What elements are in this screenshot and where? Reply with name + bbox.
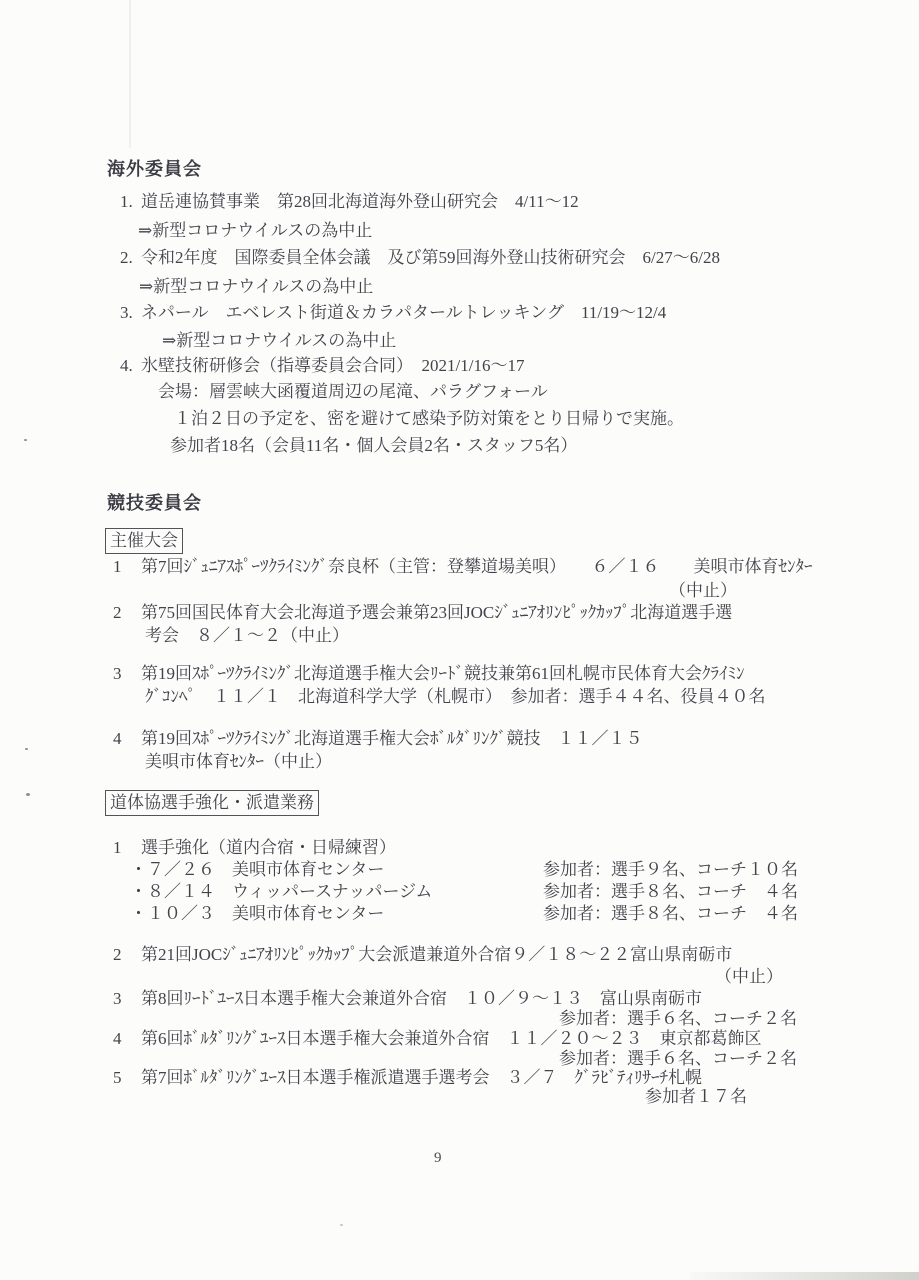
- subheading-training-dispatch: 道体協選手強化・派遣業務: [105, 790, 319, 816]
- list-item: 2第21回JOCｼﾞｭﾆｱｵﾘﾝﾋﾟｯｸｶｯﾌﾟ大会派遣兼道外合宿９／１８～２２…: [113, 944, 732, 965]
- item-number: 4.: [120, 355, 141, 376]
- item-detail: １泊２日の予定を、密を避けて感染予防対策をとり日帰りで実施。: [174, 408, 684, 429]
- item-participants: 参加者：選手６名、コーチ２名: [559, 1008, 797, 1029]
- item-text: 第19回ｽﾎﾟｰﾂｸﾗｲﾐﾝｸﾞ北海道選手権大会ﾘｰﾄﾞ競技兼第61回札幌市民体…: [141, 664, 745, 683]
- item-number: 2.: [120, 247, 141, 268]
- training-row: ・７／２６ 美唄市体育センター 参加者：選手９名、コーチ１０名: [130, 859, 798, 880]
- scan-artifact-speck: [24, 439, 27, 441]
- item-number: 3: [113, 988, 141, 1009]
- cancellation-note: ⇒新型コロナウイルスの為中止: [138, 220, 372, 241]
- item-venue: 会場：層雲峡大函覆道周辺の尾滝、パラグフォール: [158, 381, 548, 402]
- scanned-document-page: 海外委員会 1.道岳連協賛事業 第28回北海道海外登山研究会 4/11～12 ⇒…: [0, 0, 919, 1280]
- section-title-overseas-committee: 海外委員会: [107, 159, 202, 180]
- item-number: 2: [113, 944, 141, 965]
- list-item: 4第19回ｽﾎﾟｰﾂｸﾗｲﾐﾝｸﾞ北海道選手権大会ﾎﾞﾙﾀﾞﾘﾝｸﾞ競技 １１／…: [113, 728, 643, 749]
- item-text: 第6回ﾎﾞﾙﾀﾞﾘﾝｸﾞﾕｰｽ日本選手権大会兼道外合宿 １１／２０～２３ 東京都…: [141, 1029, 762, 1048]
- item-text-continued: 美唄市体育ｾﾝﾀｰ（中止）: [145, 751, 332, 772]
- list-item: 2.令和2年度 国際委員全体会議 及び第59回海外登山技術研究会 6/27～6/…: [120, 247, 720, 268]
- training-row: ・８／１４ ウィッパースナッパージム 参加者：選手８名、コーチ ４名: [130, 881, 798, 902]
- item-number: 1: [113, 556, 141, 577]
- scan-artifact-shadow: [690, 1272, 919, 1280]
- list-item: 4.氷壁技術研修会（指導委員会合同） 2021/1/16～17: [120, 355, 524, 376]
- list-item: 1選手強化（道内合宿・日帰練習）: [113, 837, 396, 858]
- list-item: 1.道岳連協賛事業 第28回北海道海外登山研究会 4/11～12: [120, 191, 579, 212]
- scan-artifact-speck: [25, 748, 28, 750]
- item-number: 3: [113, 663, 141, 684]
- item-number: 4: [113, 1028, 141, 1049]
- cancellation-note: （中止）: [715, 966, 783, 987]
- item-text: ネパール エベレスト街道＆カラパタールトレッキング 11/19～12/4: [141, 303, 666, 322]
- list-item: 4第6回ﾎﾞﾙﾀﾞﾘﾝｸﾞﾕｰｽ日本選手権大会兼道外合宿 １１／２０～２３ 東京…: [113, 1028, 762, 1049]
- item-text-continued: ｸﾞｺﾝﾍﾟ １１／１ 北海道科学大学（札幌市） 参加者：選手４４名、役員４０名: [145, 686, 766, 707]
- item-number: 1: [113, 837, 141, 858]
- item-number: 5: [113, 1067, 141, 1088]
- training-date-venue: ・７／２６ 美唄市体育センター: [130, 859, 384, 880]
- list-item: 1第7回ｼﾞｭﾆｱｽﾎﾟｰﾂｸﾗｲﾐﾝｸﾞ奈良杯（主管：登攀道場美唄） ６／１６…: [113, 556, 813, 577]
- list-item: 3第8回ﾘｰﾄﾞﾕｰｽ日本選手権大会兼道外合宿 １０／９～１３ 富山県南砺市: [113, 988, 702, 1009]
- training-participants: 参加者：選手８名、コーチ ４名: [543, 903, 798, 924]
- training-participants: 参加者：選手９名、コーチ１０名: [543, 859, 798, 880]
- item-text: 令和2年度 国際委員全体会議 及び第59回海外登山技術研究会 6/27～6/28: [141, 248, 720, 267]
- item-number: 2: [113, 602, 141, 623]
- subheading-hosted-competitions: 主催大会: [105, 528, 183, 554]
- page-number: 9: [434, 1148, 442, 1169]
- cancellation-note: ⇒新型コロナウイルスの為中止: [162, 330, 396, 351]
- scan-artifact-speck: [340, 1224, 343, 1226]
- cancellation-note: （中止）: [669, 580, 737, 601]
- scan-artifact-speck: [26, 793, 30, 796]
- item-participants: 参加者１７名: [645, 1086, 747, 1107]
- item-participants: 参加者：選手６名、コーチ２名: [559, 1048, 797, 1069]
- item-text: 第21回JOCｼﾞｭﾆｱｵﾘﾝﾋﾟｯｸｶｯﾌﾟ大会派遣兼道外合宿９／１８～２２富…: [141, 945, 732, 964]
- item-number: 3.: [120, 302, 141, 323]
- list-item: 2第75回国民体育大会北海道予選会兼第23回JOCｼﾞｭﾆｱｵﾘﾝﾋﾟｯｸｶｯﾌ…: [113, 602, 732, 623]
- list-item: 3.ネパール エベレスト街道＆カラパタールトレッキング 11/19～12/4: [120, 302, 666, 323]
- item-text: 選手強化（道内合宿・日帰練習）: [141, 838, 396, 857]
- item-participants: 参加者18名（会員11名・個人会員2名・スタッフ5名）: [170, 435, 577, 456]
- item-text: 第19回ｽﾎﾟｰﾂｸﾗｲﾐﾝｸﾞ北海道選手権大会ﾎﾞﾙﾀﾞﾘﾝｸﾞ競技 １１／１…: [141, 729, 643, 748]
- training-row: ・１０／３ 美唄市体育センター 参加者：選手８名、コーチ ４名: [130, 903, 798, 924]
- item-text: 第75回国民体育大会北海道予選会兼第23回JOCｼﾞｭﾆｱｵﾘﾝﾋﾟｯｸｶｯﾌﾟ…: [141, 603, 732, 622]
- training-date-venue: ・１０／３ 美唄市体育センター: [130, 903, 384, 924]
- item-text: 道岳連協賛事業 第28回北海道海外登山研究会 4/11～12: [141, 192, 579, 211]
- item-number: 4: [113, 728, 141, 749]
- training-participants: 参加者：選手８名、コーチ ４名: [543, 881, 798, 902]
- item-text: 第8回ﾘｰﾄﾞﾕｰｽ日本選手権大会兼道外合宿 １０／９～１３ 富山県南砺市: [141, 989, 702, 1008]
- cancellation-note: ⇒新型コロナウイルスの為中止: [139, 276, 373, 297]
- item-text: 第7回ｼﾞｭﾆｱｽﾎﾟｰﾂｸﾗｲﾐﾝｸﾞ奈良杯（主管：登攀道場美唄） ６／１６ …: [141, 557, 813, 576]
- item-text: 第7回ﾎﾞﾙﾀﾞﾘﾝｸﾞﾕｰｽ日本選手権派遣選手選考会 ３／７ ｸﾞﾗﾋﾞﾃｨﾘ…: [141, 1068, 702, 1087]
- item-text-continued: 考会 ８／１～２（中止）: [145, 625, 349, 646]
- section-title-competition-committee: 競技委員会: [107, 493, 202, 514]
- list-item: 3第19回ｽﾎﾟｰﾂｸﾗｲﾐﾝｸﾞ北海道選手権大会ﾘｰﾄﾞ競技兼第61回札幌市民…: [113, 663, 745, 684]
- training-date-venue: ・８／１４ ウィッパースナッパージム: [130, 881, 432, 902]
- scan-artifact-line: [129, 0, 131, 148]
- item-text: 氷壁技術研修会（指導委員会合同） 2021/1/16～17: [141, 356, 524, 375]
- item-number: 1.: [120, 191, 141, 212]
- list-item: 5第7回ﾎﾞﾙﾀﾞﾘﾝｸﾞﾕｰｽ日本選手権派遣選手選考会 ３／７ ｸﾞﾗﾋﾞﾃｨ…: [113, 1067, 702, 1088]
